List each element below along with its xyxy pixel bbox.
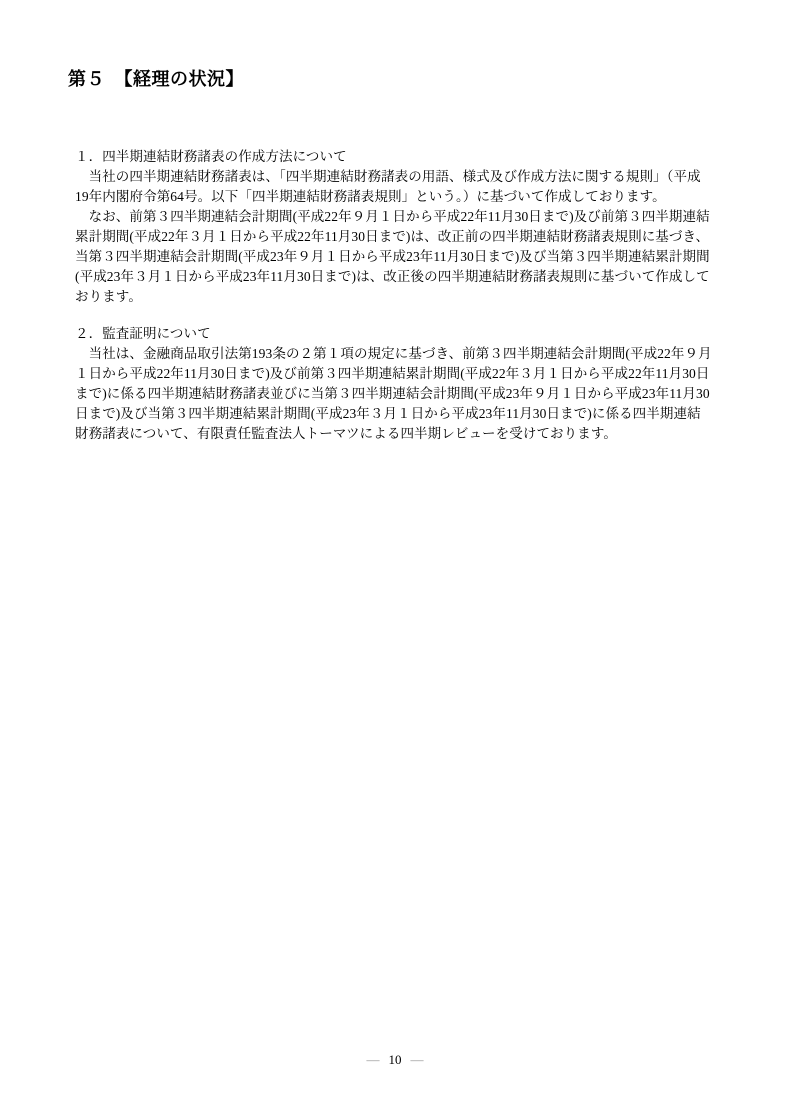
page-number: 10 <box>389 1052 402 1067</box>
footer-dash-right: ― <box>411 1052 424 1067</box>
paragraph-line: 当社は、金融商品取引法第193条の２第１項の規定に基づき、前第３四半期連結会計期… <box>75 344 725 364</box>
document-page: 第５ 【経理の状況】 １．四半期連結財務諸表の作成方法について 当社の四半期連結… <box>0 0 790 1118</box>
section-quarterly-statements-preparation: １．四半期連結財務諸表の作成方法について 当社の四半期連結財務諸表は、「四半期連… <box>75 147 725 307</box>
paragraph-line: 累計期間(平成22年３月１日から平成22年11月30日まで)は、改正前の四半期連… <box>75 227 725 247</box>
paragraph-line: 当第３四半期連結会計期間(平成23年９月１日から平成23年11月30日まで)及び… <box>75 247 725 267</box>
paragraph-line: 日まで)及び当第３四半期連結累計期間(平成23年３月１日から平成23年11月30… <box>75 404 725 424</box>
page-title: 第５ 【経理の状況】 <box>68 66 244 92</box>
section-heading: １．四半期連結財務諸表の作成方法について <box>75 147 725 167</box>
footer-dash-left: ― <box>367 1052 380 1067</box>
section-audit-certification: ２．監査証明について 当社は、金融商品取引法第193条の２第１項の規定に基づき、… <box>75 324 725 444</box>
paragraph-line: １日から平成22年11月30日まで)及び前第３四半期連結累計期間(平成22年３月… <box>75 364 725 384</box>
section-heading: ２．監査証明について <box>75 324 725 344</box>
paragraph-line: 当社の四半期連結財務諸表は、「四半期連結財務諸表の用語、様式及び作成方法に関する… <box>75 167 725 187</box>
paragraph-line: まで)に係る四半期連結財務諸表並びに当第３四半期連結会計期間(平成23年９月１日… <box>75 384 725 404</box>
paragraph-line: なお、前第３四半期連結会計期間(平成22年９月１日から平成22年11月30日まで… <box>75 207 725 227</box>
paragraph-line: 19年内閣府令第64号。以下「四半期連結財務諸表規則」という。）に基づいて作成し… <box>75 187 725 207</box>
page-footer: ―10― <box>0 1052 790 1068</box>
paragraph-line: おります。 <box>75 287 725 307</box>
paragraph-line: 財務諸表について、有限責任監査法人トーマツによる四半期レビューを受けております。 <box>75 424 725 444</box>
content-area: １．四半期連結財務諸表の作成方法について 当社の四半期連結財務諸表は、「四半期連… <box>75 147 725 444</box>
paragraph-line: (平成23年３月１日から平成23年11月30日まで)は、改正後の四半期連結財務諸… <box>75 267 725 287</box>
